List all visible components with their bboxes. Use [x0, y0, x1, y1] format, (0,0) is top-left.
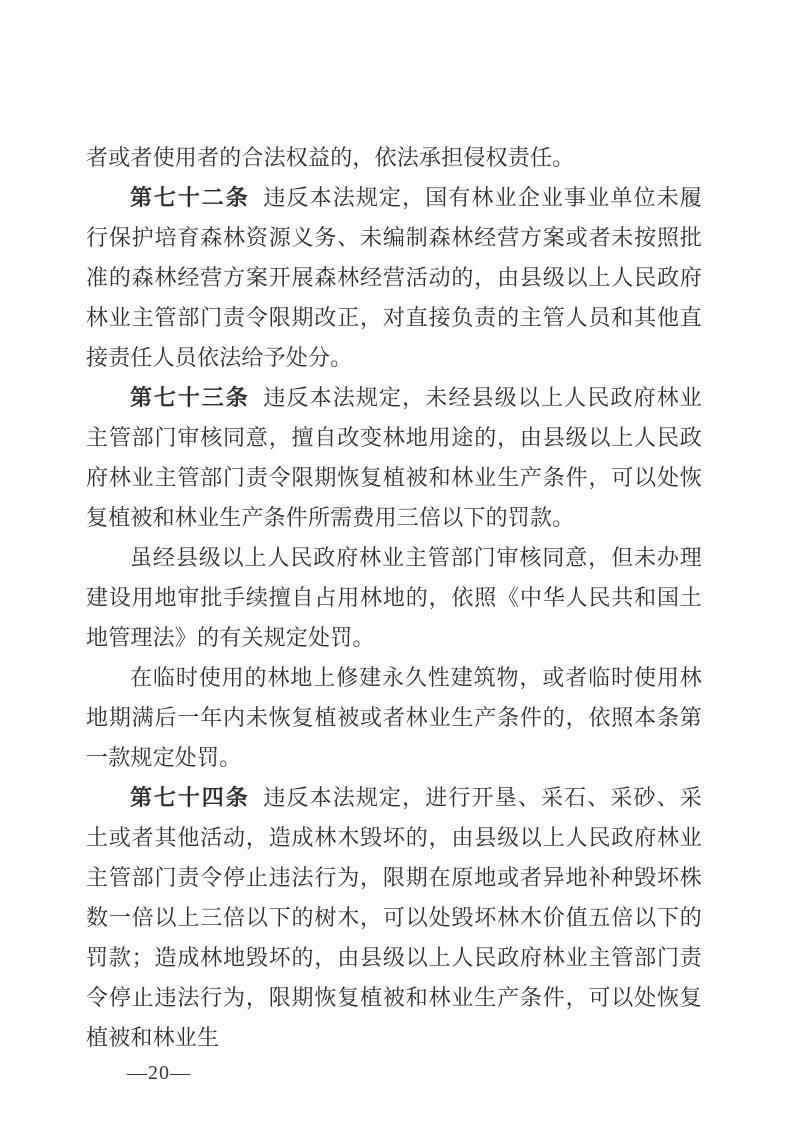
paragraph: 虽经县级以上人民政府林业主管部门审核同意，但未办理建设用地审批手续擅自占用林地的… — [86, 538, 702, 658]
paragraph: 第七十四条违反本法规定，进行开垦、采石、采砂、采土或者其他活动，造成林木毁坏的，… — [86, 778, 702, 1058]
paragraph-text: 者或者使用者的合法权益的，依法承担侵权责任。 — [86, 145, 574, 170]
paragraph-text: 虽经县级以上人民政府林业主管部门审核同意，但未办理建设用地审批手续擅自占用林地的… — [86, 545, 702, 650]
paragraph: 第七十三条违反本法规定，未经县级以上人民政府林业主管部门审核同意，擅自改变林地用… — [86, 378, 702, 538]
paragraph: 者或者使用者的合法权益的，依法承担侵权责任。 — [86, 138, 702, 178]
paragraph: 在临时使用的林地上修建永久性建筑物，或者临时使用林地期满后一年内未恢复植被或者林… — [86, 658, 702, 778]
paragraph-text: 违反本法规定，进行开垦、采石、采砂、采土或者其他活动，造成林木毁坏的，由县级以上… — [86, 785, 702, 1050]
article-number: 第七十二条 — [130, 185, 250, 210]
article-number: 第七十四条 — [130, 785, 250, 810]
document-page: 者或者使用者的合法权益的，依法承担侵权责任。第七十二条违反本法规定，国有林业企业… — [0, 0, 793, 1121]
article-number: 第七十三条 — [130, 385, 250, 410]
paragraph: 第七十二条违反本法规定，国有林业企业事业单位未履行保护培育森林资源义务、未编制森… — [86, 178, 702, 378]
paragraph-text: 违反本法规定，国有林业企业事业单位未履行保护培育森林资源义务、未编制森林经营方案… — [86, 185, 702, 370]
document-body: 者或者使用者的合法权益的，依法承担侵权责任。第七十二条违反本法规定，国有林业企业… — [86, 138, 702, 1058]
paragraph-text: 在临时使用的林地上修建永久性建筑物，或者临时使用林地期满后一年内未恢复植被或者林… — [86, 665, 702, 770]
page-number: —20— — [127, 1062, 191, 1085]
